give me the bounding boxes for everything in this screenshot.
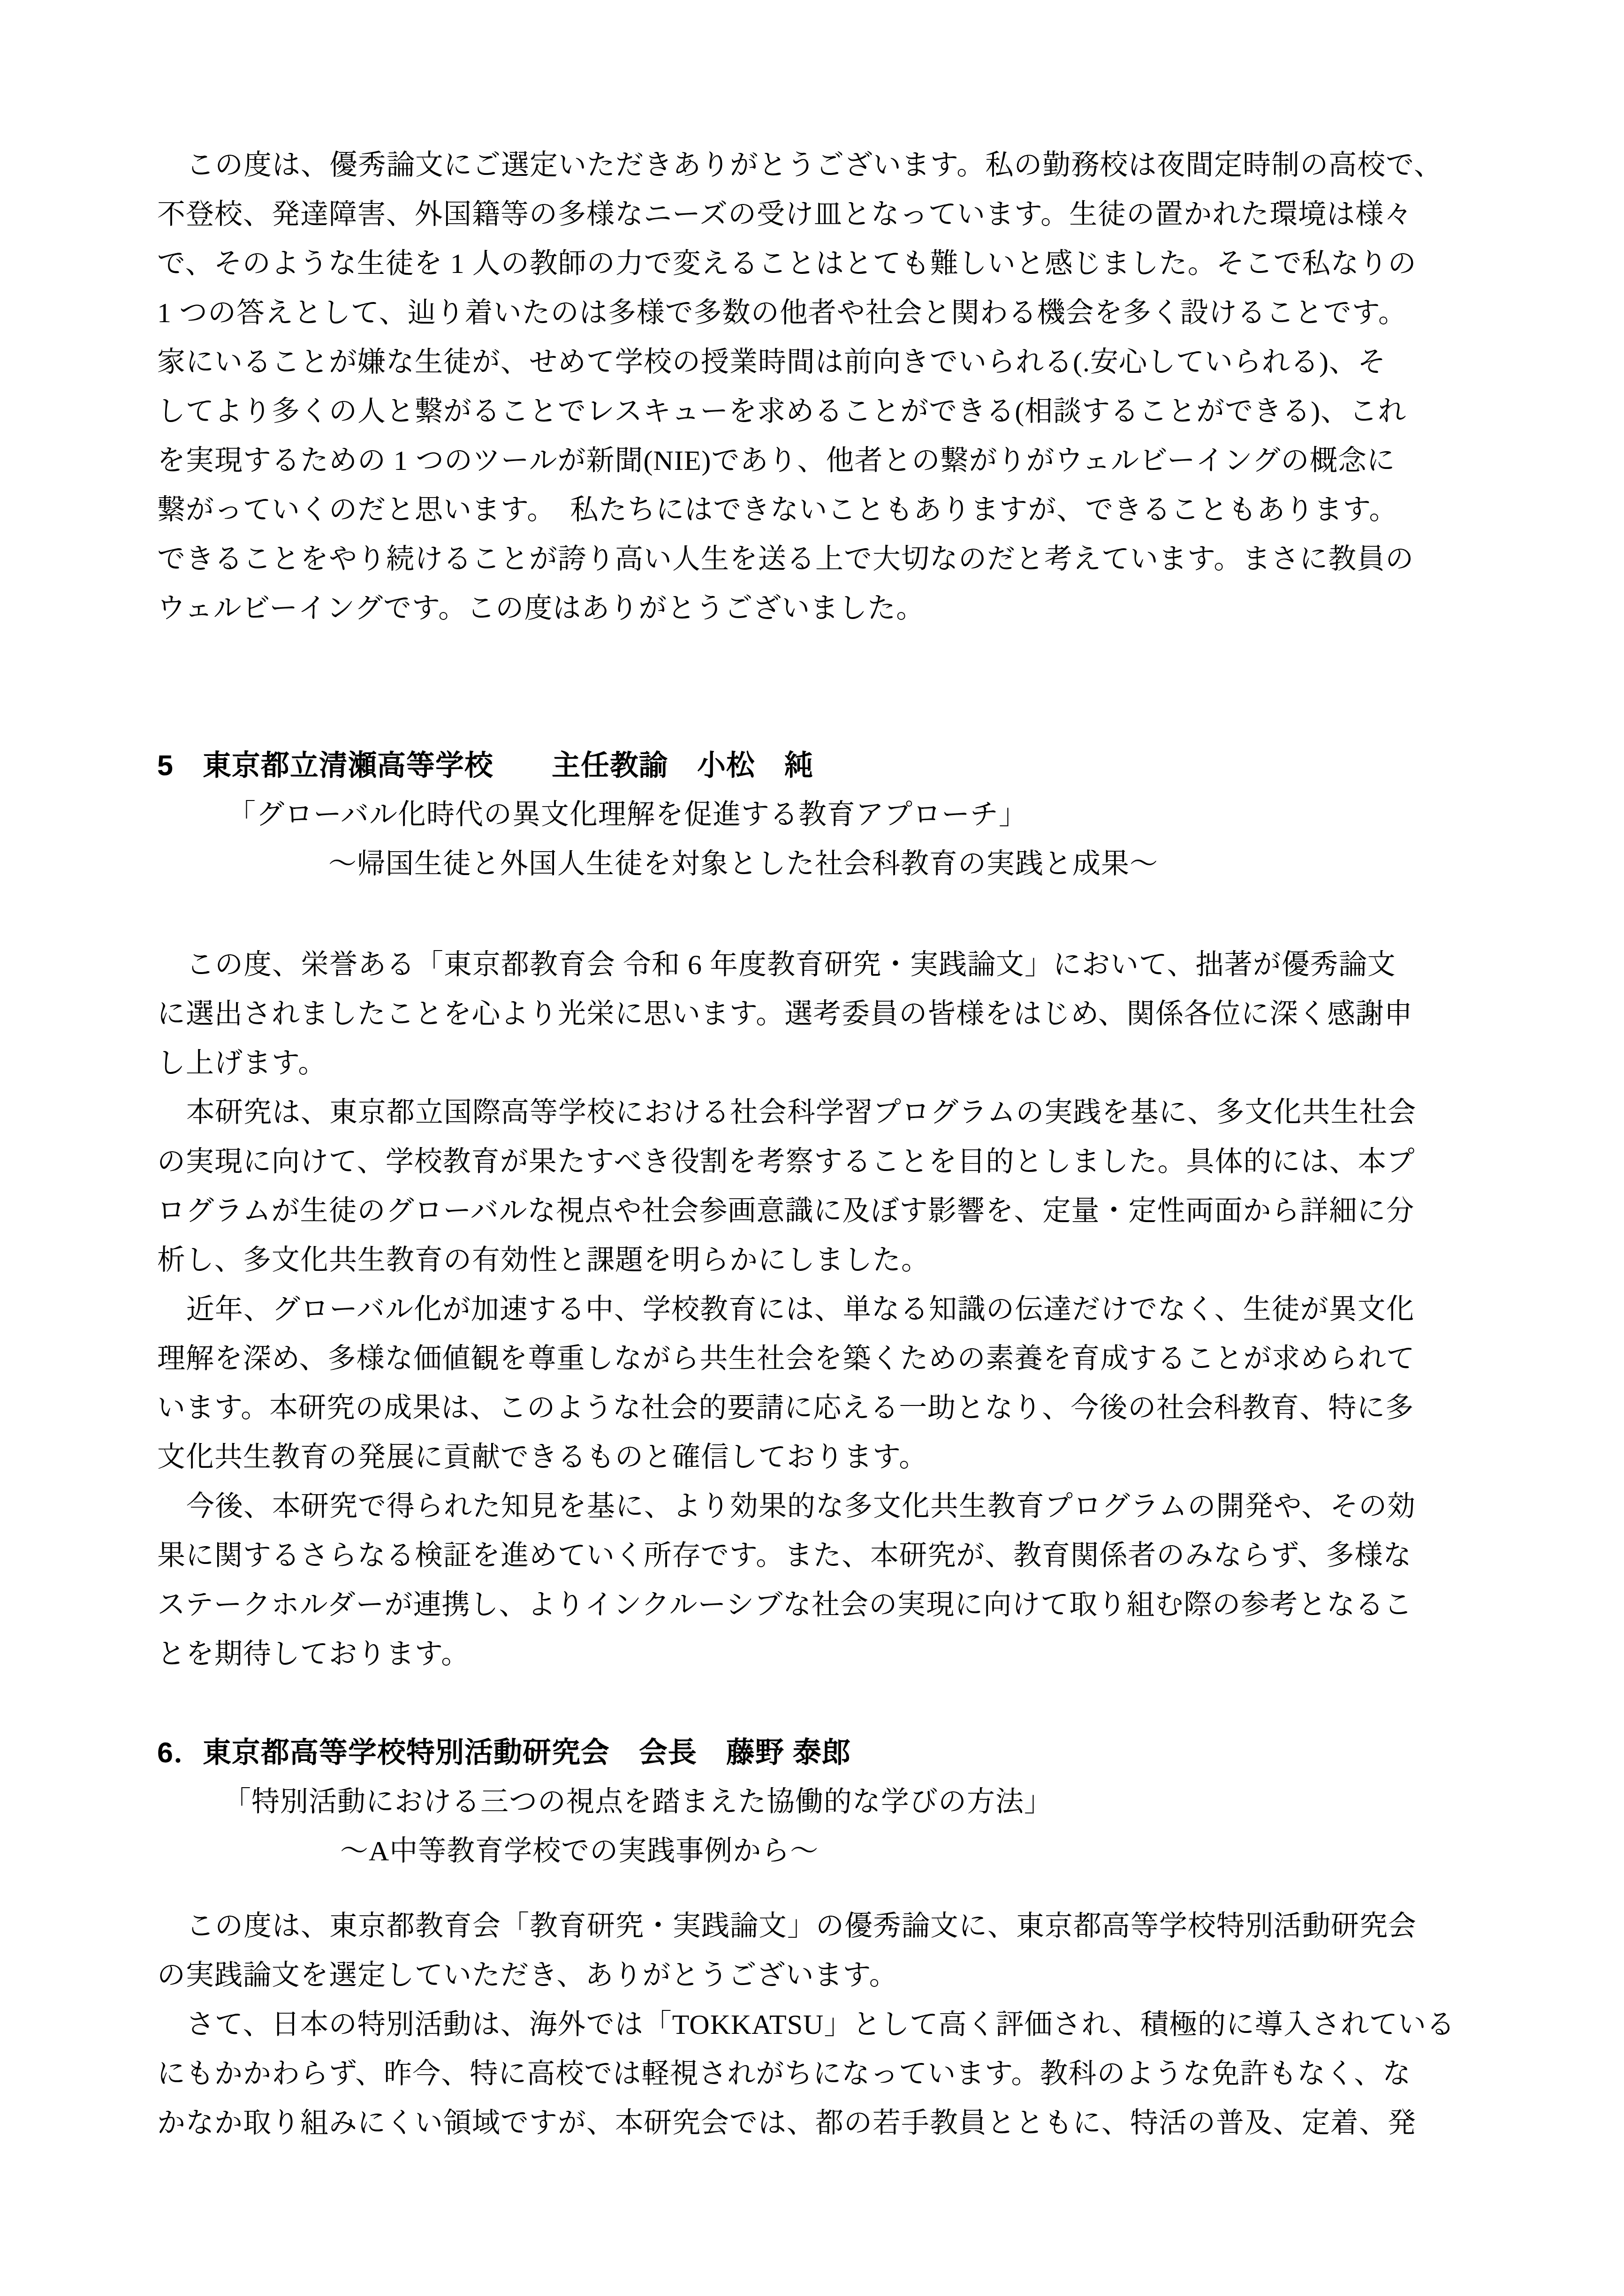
text-line: 文化共生教育の発展に貢献できるものと確信しております。: [157, 1433, 1474, 1482]
section-5: 5 東京都立清瀬高等学校 主任教諭 小松 純 「グローバル化時代の異文化理解を促…: [157, 741, 1474, 1679]
text-line: してより多くの人と繋がることでレスキューを求めることができる(相談することができ…: [157, 387, 1474, 436]
text-line: の実現に向けて、学校教育が果たすべき役割を考察することを目的としました。具体的に…: [157, 1137, 1474, 1186]
text-line: ログラムが生徒のグローバルな視点や社会参画意識に及ぼす影響を、定量・定性両面から…: [157, 1186, 1474, 1236]
intro-section: この度は、優秀論文にご選定いただきありがとうございます。私の勤務校は夜間定時制の…: [157, 141, 1474, 633]
text-line: の実践論文を選定していただき、ありがとうございます。: [157, 1951, 1474, 2000]
text-line: この度、栄誉ある「東京都教育会 令和 6 年度教育研究・実践論文」において、拙著…: [157, 940, 1474, 989]
section-6-paper-title: 「特別活動における三つの視点を踏まえた協働的な学びの方法」: [157, 1777, 1474, 1827]
text-line: 本研究は、東京都立国際高等学校における社会科学習プログラムの実践を基に、多文化共…: [157, 1088, 1474, 1137]
paragraph-gap: [157, 1876, 1474, 1902]
text-line: 近年、グローバル化が加速する中、学校教育には、単なる知識の伝達だけでなく、生徒が…: [157, 1285, 1474, 1334]
section-5-heading: 5 東京都立清瀬高等学校 主任教諭 小松 純: [157, 741, 1474, 790]
text-line: に選出されましたことを心より光栄に思います。選考委員の皆様をはじめ、関係各位に深…: [157, 989, 1474, 1039]
text-line: し上げます。: [157, 1039, 1474, 1088]
text-line: います。本研究の成果は、このような社会的要請に応える一助となり、今後の社会科教育…: [157, 1383, 1474, 1433]
section-6-paper-subtitle: ～A中等教育学校での実践事例から～: [157, 1827, 1474, 1876]
text-line: この度は、優秀論文にご選定いただきありがとうございます。私の勤務校は夜間定時制の…: [157, 141, 1474, 190]
section-gap: [157, 633, 1474, 741]
text-line: ウェルビーイングです。この度はありがとうございました。: [157, 584, 1474, 633]
text-line: 析し、多文化共生教育の有効性と課題を明らかにしました。: [157, 1236, 1474, 1285]
paragraph-gap: [157, 889, 1474, 940]
section-6-heading: 6．東京都高等学校特別活動研究会 会長 藤野 泰郎: [157, 1728, 1474, 1777]
section-5-paper-title: 「グローバル化時代の異文化理解を促進する教育アプローチ」: [157, 790, 1474, 839]
text-line: 1 つの答えとして、辿り着いたのは多様で多数の他者や社会と関わる機会を多く設ける…: [157, 288, 1474, 338]
text-line: かなか取り組みにくい領域ですが、本研究会では、都の若手教員とともに、特活の普及、…: [157, 2099, 1474, 2148]
text-line: この度は、東京都教育会「教育研究・実践論文」の優秀論文に、東京都高等学校特別活動…: [157, 1902, 1474, 1951]
text-line: 繋がっていくのだと思います。 私たちにはできないこともありますが、できることもあ…: [157, 485, 1474, 535]
text-line: 今後、本研究で得られた知見を基に、より効果的な多文化共生教育プログラムの開発や、…: [157, 1482, 1474, 1531]
section-6: 6．東京都高等学校特別活動研究会 会長 藤野 泰郎 「特別活動における三つの視点…: [157, 1728, 1474, 2148]
section-5-paper-subtitle: ～帰国生徒と外国人生徒を対象とした社会科教育の実践と成果～: [157, 839, 1474, 889]
text-line: 果に関するさらなる検証を進めていく所存です。また、本研究が、教育関係者のみならず…: [157, 1531, 1474, 1580]
text-line: とを期待しております。: [157, 1630, 1474, 1679]
document-page: この度は、優秀論文にご選定いただきありがとうございます。私の勤務校は夜間定時制の…: [0, 0, 1624, 2296]
section-gap: [157, 1679, 1474, 1728]
text-line: にもかかわらず、昨今、特に高校では軽視されがちになっています。教科のような免許も…: [157, 2049, 1474, 2099]
text-line: 理解を深め、多様な価値観を尊重しながら共生社会を築くための素養を育成することが求…: [157, 1334, 1474, 1383]
text-line: できることをやり続けることが誇り高い人生を送る上で大切なのだと考えています。まさ…: [157, 535, 1474, 584]
text-line: 家にいることが嫌な生徒が、せめて学校の授業時間は前向きでいられる(.安心していら…: [157, 338, 1474, 387]
text-line: ステークホルダーが連携し、よりインクルーシブな社会の実現に向けて取り組む際の参考…: [157, 1580, 1474, 1630]
text-line: で、そのような生徒を 1 人の教師の力で変えることはとても難しいと感じました。そ…: [157, 239, 1474, 288]
text-line: を実現するための 1 つのツールが新聞(NIE)であり、他者との繋がりがウェルビ…: [157, 436, 1474, 485]
text-line: さて、日本の特別活動は、海外では「TOKKATSU」として高く評価され、積極的に…: [157, 2000, 1474, 2049]
text-line: 不登校、発達障害、外国籍等の多様なニーズの受け皿となっています。生徒の置かれた環…: [157, 190, 1474, 239]
